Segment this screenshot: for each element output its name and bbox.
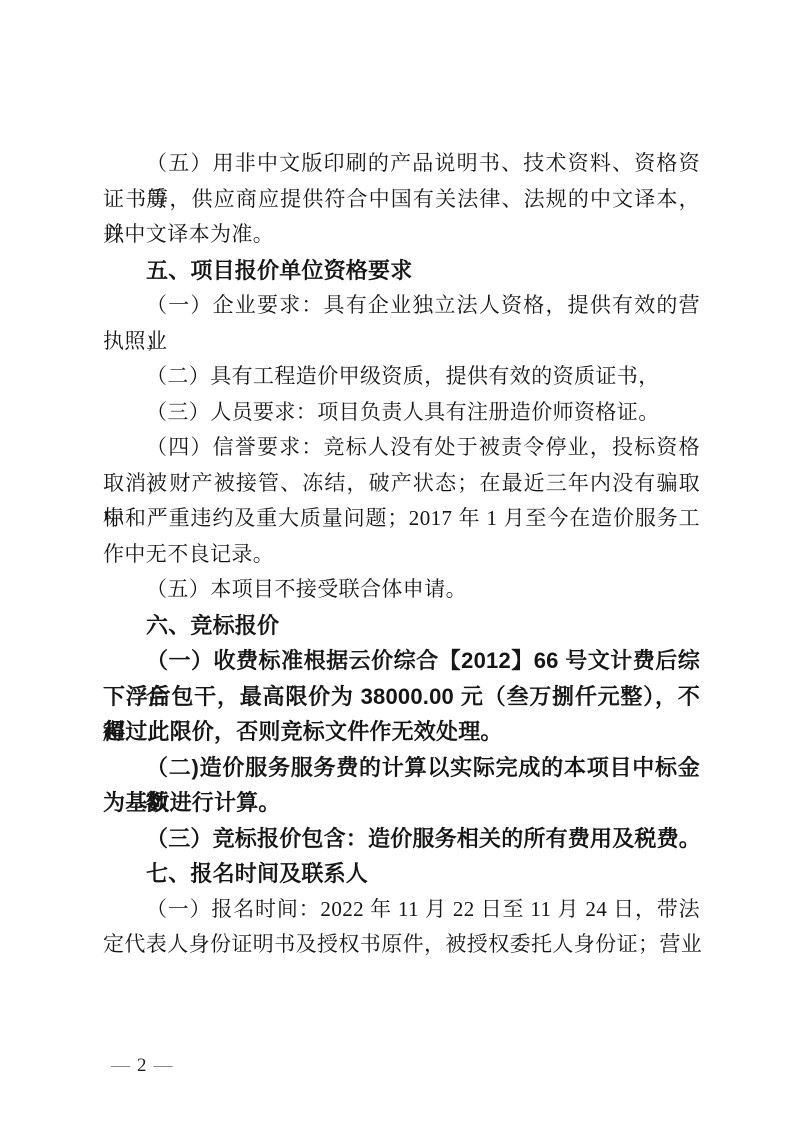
text-line: 下浮后包干，最高限价为 38000.00 元（叁万捌仟元整），不得: [103, 679, 700, 715]
text-line: 以中文译本为准。: [103, 217, 700, 253]
text-line: 执照；: [103, 324, 700, 360]
text-line: （一）收费标准根据云价综合【2012】66 号文计费后综合: [103, 643, 700, 679]
paragraph: （二)造价服务服务费的计算以实际完成的本项目中标金额为基数进行计算。: [103, 750, 700, 821]
paragraph: （三）竞标报价包含：造价服务相关的所有费用及税费。: [103, 821, 700, 857]
section-heading: 七、报名时间及联系人: [103, 856, 700, 892]
paragraph: （四）信誉要求：竞标人没有处于被责令停业，投标资格被取消，财产被接管、冻结，破产…: [103, 430, 700, 572]
text-line: （三）人员要求：项目负责人具有注册造价师资格证。: [103, 395, 700, 431]
paragraph: （二）具有工程造价甲级资质，提供有效的资质证书，: [103, 359, 700, 395]
paragraph: （五）用非中文版印刷的产品说明书、技术资料、资格资质证书等，供应商应提供符合中国…: [103, 146, 700, 253]
document-page: （五）用非中文版印刷的产品说明书、技术资料、资格资质证书等，供应商应提供符合中国…: [0, 0, 793, 1122]
page-number-value: 2: [137, 1055, 148, 1076]
page-number: —2—: [105, 1052, 180, 1080]
text-line: 作中无不良记录。: [103, 537, 700, 573]
paragraph: （一）收费标准根据云价综合【2012】66 号文计费后综合下浮后包干，最高限价为…: [103, 643, 700, 750]
text-line: （五）用非中文版印刷的产品说明书、技术资料、资格资质: [103, 146, 700, 182]
section-heading: 五、项目报价单位资格要求: [103, 253, 700, 289]
text-line: 取消，财产被接管、冻结，破产状态；在最近三年内没有骗取中: [103, 466, 700, 502]
paragraph: （五）本项目不接受联合体申请。: [103, 572, 700, 608]
document-body: （五）用非中文版印刷的产品说明书、技术资料、资格资质证书等，供应商应提供符合中国…: [103, 146, 700, 963]
text-line: （二）具有工程造价甲级资质，提供有效的资质证书，: [103, 359, 700, 395]
page-number-dash-left: —: [105, 1055, 137, 1076]
text-line: 标和严重违约及重大质量问题；2017 年 1 月至今在造价服务工: [103, 501, 700, 537]
paragraph: （一）报名时间：2022 年 11 月 22 日至 11 月 24 日，带法定代…: [103, 892, 700, 963]
text-line: 五、项目报价单位资格要求: [103, 253, 700, 289]
text-line: 超过此限价，否则竞标文件作无效处理。: [103, 714, 700, 750]
text-line: （四）信誉要求：竞标人没有处于被责令停业，投标资格被: [103, 430, 700, 466]
text-line: （二)造价服务服务费的计算以实际完成的本项目中标金额: [103, 750, 700, 786]
text-line: （五）本项目不接受联合体申请。: [103, 572, 700, 608]
text-line: 定代表人身份证明书及授权书原件，被授权委托人身份证；营业: [103, 927, 700, 963]
text-line: 七、报名时间及联系人: [103, 856, 700, 892]
paragraph: （三）人员要求：项目负责人具有注册造价师资格证。: [103, 395, 700, 431]
text-line: 为基数进行计算。: [103, 785, 700, 821]
text-line: （三）竞标报价包含：造价服务相关的所有费用及税费。: [103, 821, 700, 857]
text-line: （一）报名时间：2022 年 11 月 22 日至 11 月 24 日，带法: [103, 892, 700, 928]
text-line: （一）企业要求：具有企业独立法人资格，提供有效的营业: [103, 288, 700, 324]
text-line: 证书等，供应商应提供符合中国有关法律、法规的中文译本，并: [103, 182, 700, 218]
text-line: 六、竞标报价: [103, 608, 700, 644]
page-number-dash-right: —: [148, 1055, 180, 1076]
section-heading: 六、竞标报价: [103, 608, 700, 644]
paragraph: （一）企业要求：具有企业独立法人资格，提供有效的营业执照；: [103, 288, 700, 359]
